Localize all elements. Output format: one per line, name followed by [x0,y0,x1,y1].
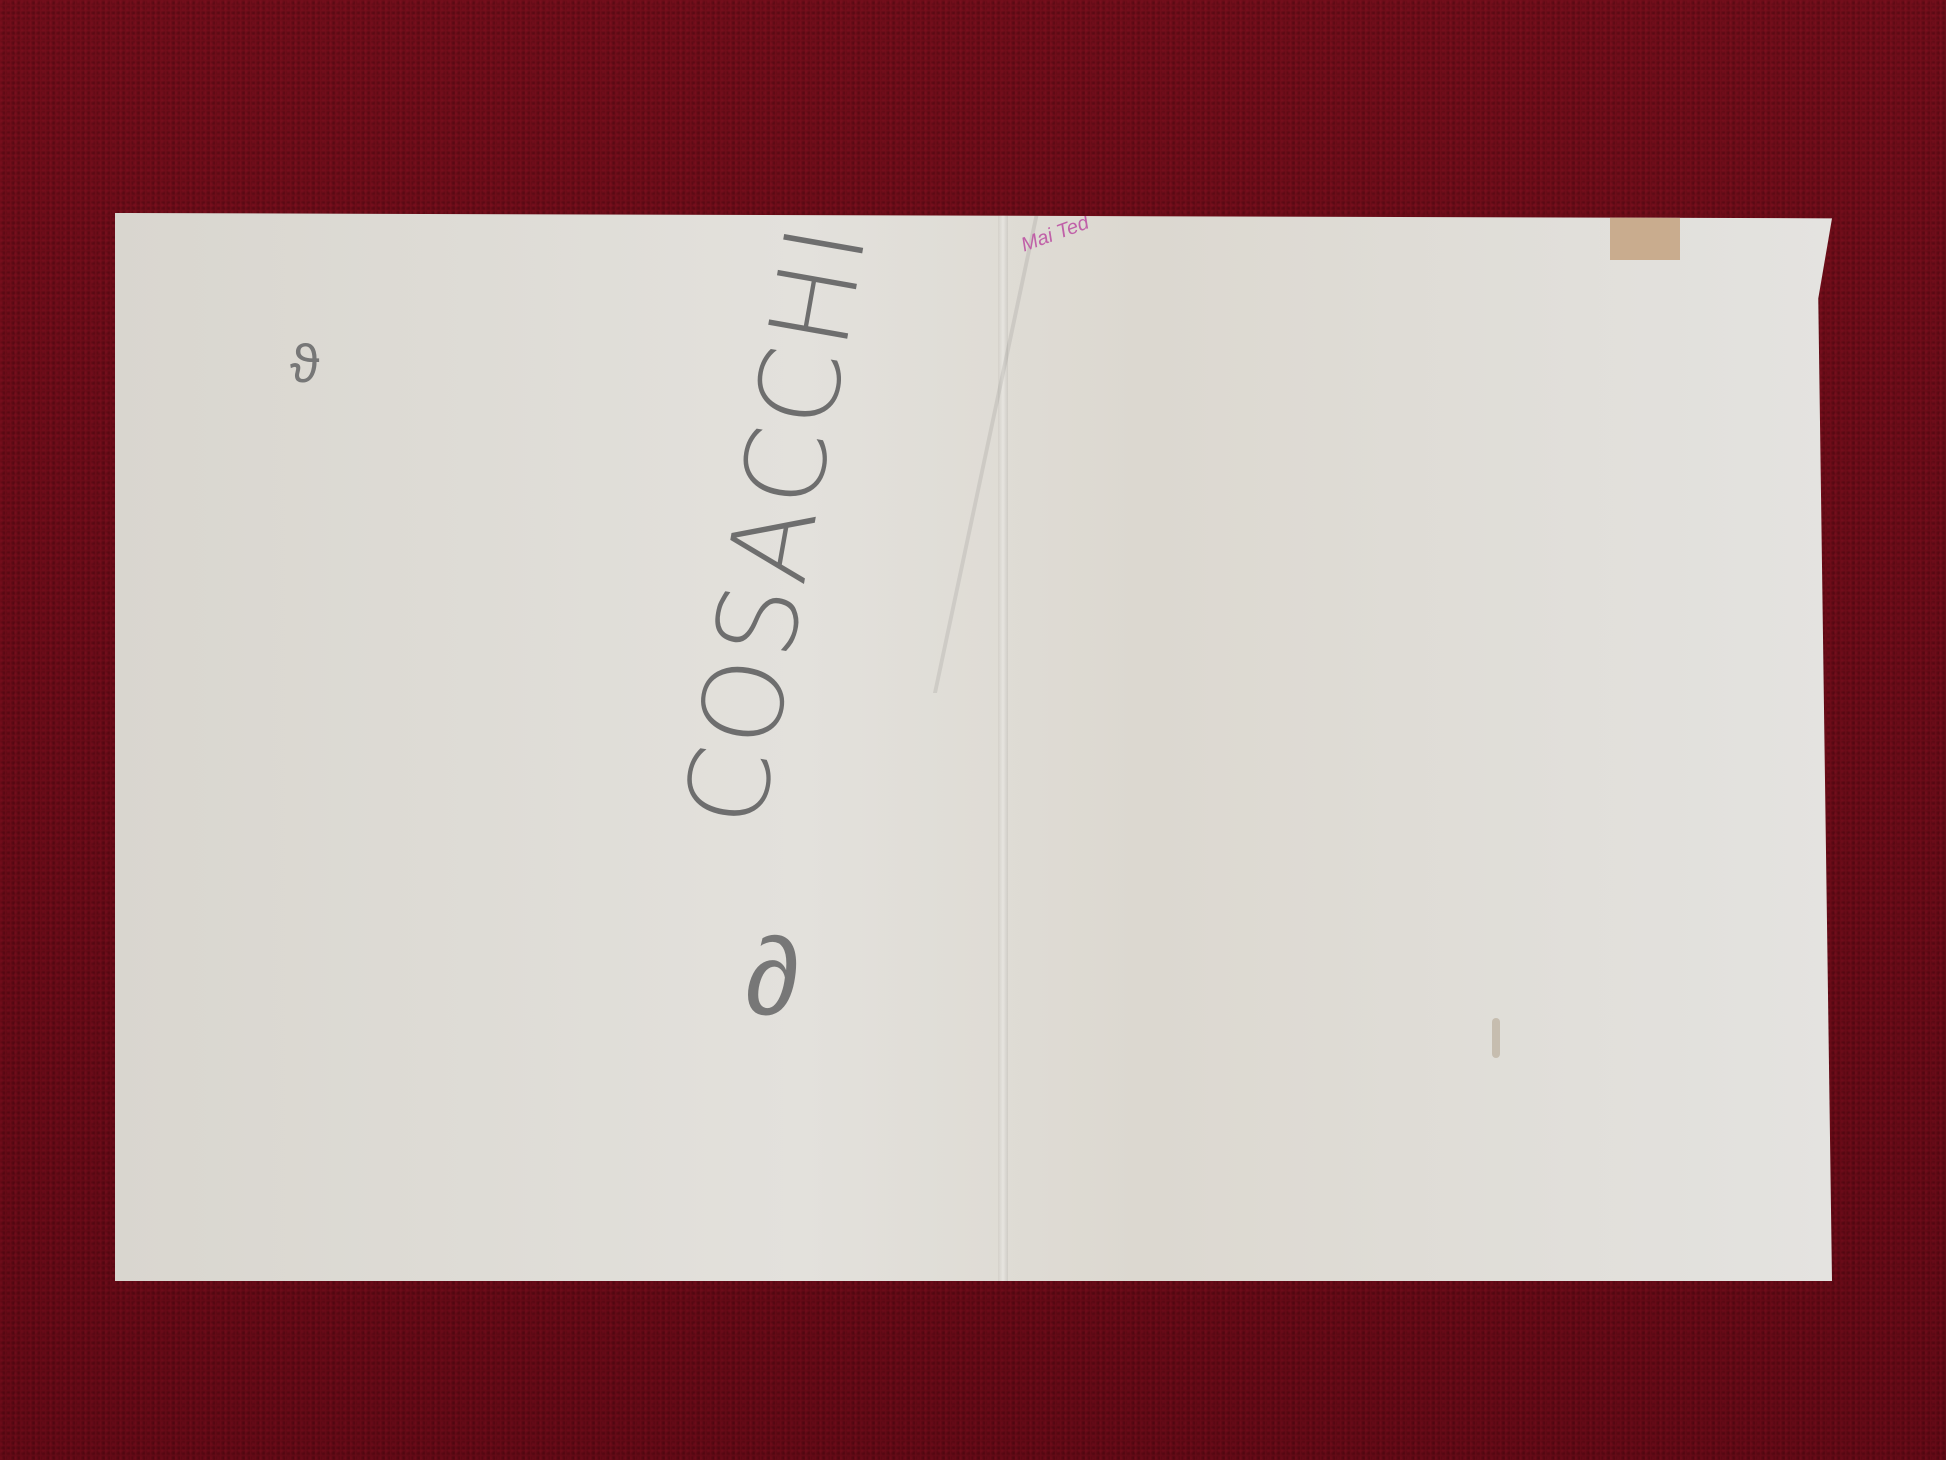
pencil-scribble: ∂ [745,913,799,1040]
pencil-mark-top: ϑ [290,333,320,395]
handwritten-title: COSACCHI [660,213,892,835]
tape-piece [1610,215,1680,260]
pink-ink-note: Mai Ted [1018,212,1092,258]
diagonal-crease [933,213,1039,693]
stain-mark [1492,1018,1500,1058]
poster-back: ϑ COSACCHI Mai Ted ∂ [115,213,1832,1281]
